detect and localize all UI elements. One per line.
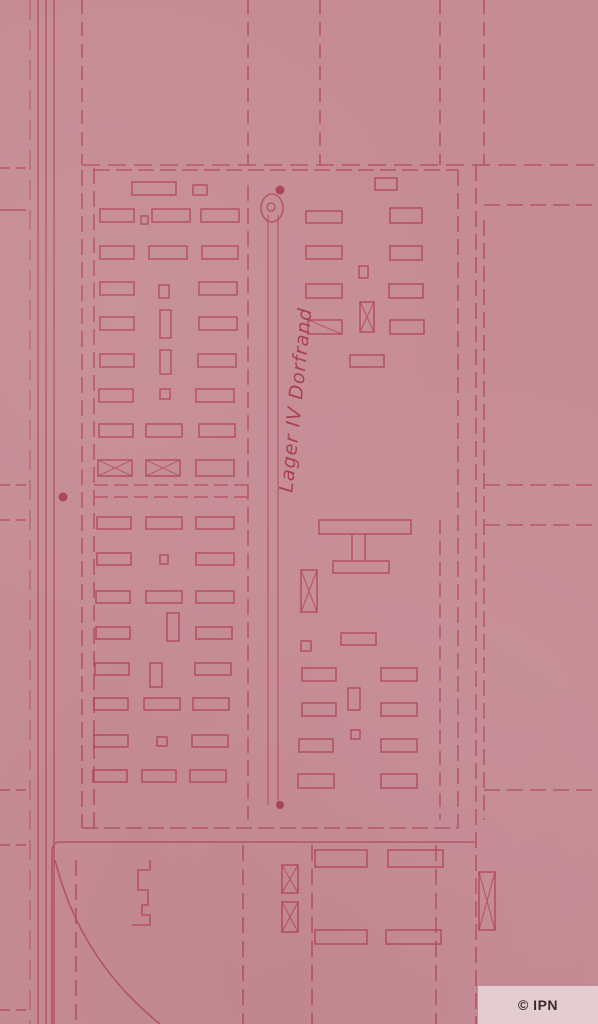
site-plan-drawing <box>0 0 598 1024</box>
copyright-watermark: © IPN <box>478 986 598 1024</box>
camp-site-plan-map: Lager IV Dorfrand <box>0 0 598 1024</box>
